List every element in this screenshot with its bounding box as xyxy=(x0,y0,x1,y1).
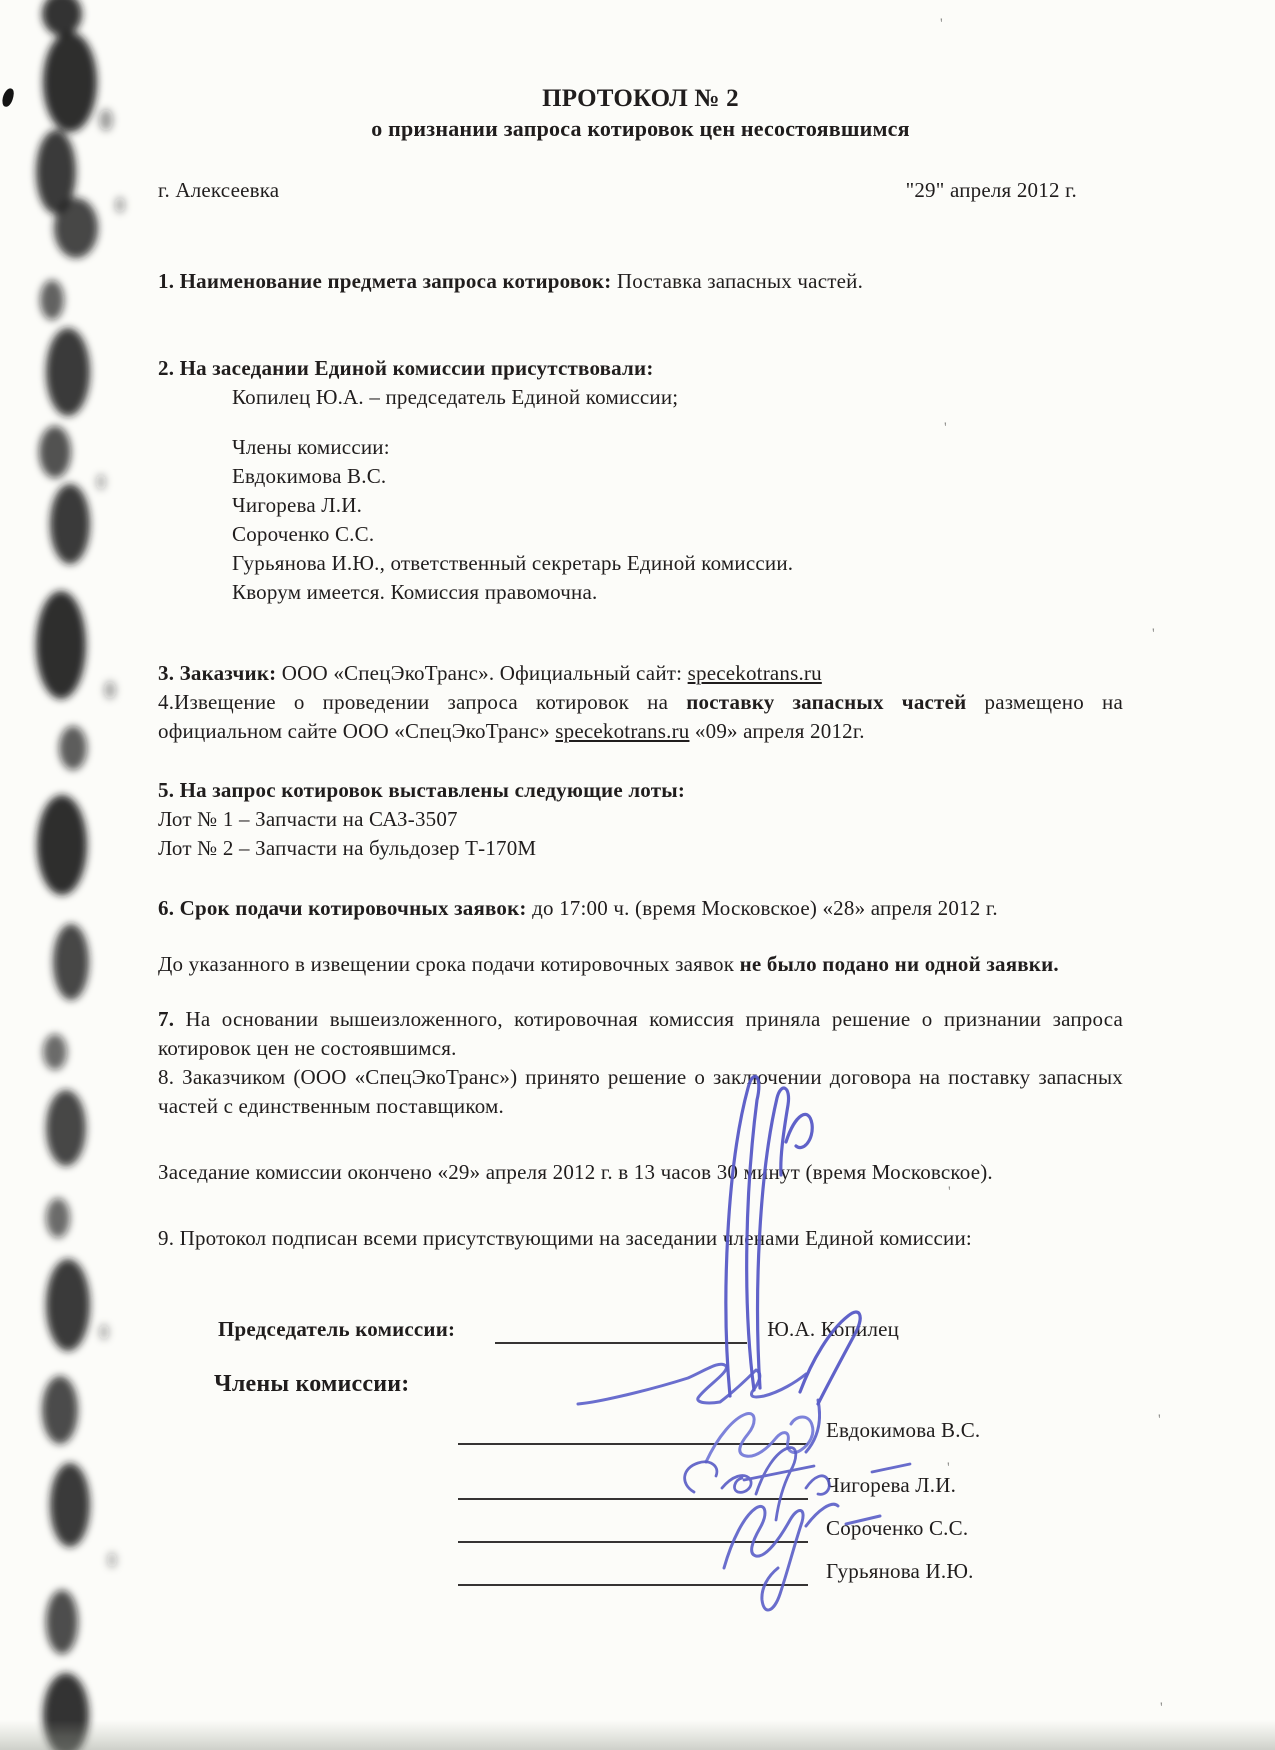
item6-label: 6. Срок подачи котировочных заявок: xyxy=(158,896,527,920)
member-name: Евдокимова В.С. xyxy=(826,1416,980,1445)
city-label: г. Алексеевка xyxy=(158,176,279,205)
date-label: "29" апреля 2012 г. xyxy=(906,176,1123,205)
member-signature-row: Сороченко С.С. xyxy=(458,1514,1123,1543)
scan-speck: ' xyxy=(1152,626,1155,643)
item2-label: 2. На заседании Единой комиссии присутст… xyxy=(158,354,1123,383)
item2-member: Чигорева Л.И. xyxy=(158,491,1123,520)
scan-edge-artifact xyxy=(0,0,150,1750)
item5-lot2: Лот № 2 – Запчасти на бульдозер Т-170М xyxy=(158,834,1123,863)
member-signature-line xyxy=(458,1560,808,1586)
no-bids-pre: До указанного в извещении срока подачи к… xyxy=(158,952,740,976)
item7-number: 7. xyxy=(158,1007,174,1031)
member-name: Сороченко С.С. xyxy=(826,1514,968,1543)
scan-speck: ' xyxy=(1158,1412,1161,1429)
member-name: Чигорева Л.И. xyxy=(826,1471,956,1500)
item6-text: до 17:00 ч. (время Московское) «28» апре… xyxy=(527,896,998,920)
no-bids-bold: не было подано ни одной заявки. xyxy=(740,952,1059,976)
item2-member: Евдокимова В.С. xyxy=(158,462,1123,491)
item1-label: 1. Наименование предмета запроса котиров… xyxy=(158,269,611,293)
item3-site-link: specekotrans.ru xyxy=(688,661,822,685)
member-name: Гурьянова И.Ю. xyxy=(826,1557,974,1586)
item4-pre: 4.Извещение о проведении запроса котиров… xyxy=(158,690,686,714)
item2-member: Сороченко С.С. xyxy=(158,520,1123,549)
item3-text: ООО «СпецЭкоТранс». Официальный сайт: xyxy=(276,661,687,685)
item2-chairman: Копилец Ю.А. – председатель Единой комис… xyxy=(158,383,1123,412)
scan-bottom-shadow xyxy=(0,1720,1275,1750)
chairman-signature-row: Председатель комиссии: Ю.А. Копилец xyxy=(218,1315,1123,1344)
members-signature-label: Члены комиссии: xyxy=(214,1370,1123,1399)
item7-text: На основании вышеизложенного, котировочн… xyxy=(158,1007,1123,1060)
member-signature-row: Евдокимова В.С. xyxy=(458,1416,1123,1445)
item8-paragraph: 8. Заказчиком (ООО «СпецЭкоТранс») приня… xyxy=(158,1063,1123,1121)
item4-site-link: specekotrans.ru xyxy=(555,719,689,743)
item5-paragraph: 5. На запрос котировок выставлены следую… xyxy=(158,776,1123,863)
item4-subject: поставку запасных частей xyxy=(686,690,966,714)
item1-text: Поставка запасных частей. xyxy=(611,269,863,293)
item1-paragraph: 1. Наименование предмета запроса котиров… xyxy=(158,267,1123,296)
item2-paragraph: 2. На заседании Единой комиссии присутст… xyxy=(158,354,1123,607)
item9-paragraph: 9. Протокол подписан всеми присутствующи… xyxy=(158,1224,1123,1253)
item4-post: «09» апреля 2012г. xyxy=(689,719,864,743)
chairman-signature-line xyxy=(495,1318,747,1344)
item4-paragraph: 4.Извещение о проведении запроса котиров… xyxy=(158,688,1123,746)
chairman-name: Ю.А. Копилец xyxy=(767,1315,899,1344)
item2-quorum: Кворум имеется. Комиссия правомочна. xyxy=(158,578,1123,607)
item7-paragraph: 7. На основании вышеизложенного, котиров… xyxy=(158,1005,1123,1063)
item2-member: Гурьянова И.Ю., ответственный секретарь … xyxy=(158,549,1123,578)
member-signature-row: Гурьянова И.Ю. xyxy=(458,1557,1123,1586)
item6-paragraph: 6. Срок подачи котировочных заявок: до 1… xyxy=(158,894,1123,923)
member-signature-line xyxy=(458,1517,808,1543)
item2-members-heading: Члены комиссии: xyxy=(158,433,1123,462)
chairman-label: Председатель комиссии: xyxy=(218,1315,455,1344)
document-title: ПРОТОКОЛ № 2 xyxy=(158,84,1123,114)
item3-paragraph: 3. Заказчик: ООО «СпецЭкоТранс». Официал… xyxy=(158,659,1123,688)
scan-ink-spot xyxy=(1,87,15,108)
member-signature-line xyxy=(458,1419,808,1445)
member-signature-line xyxy=(458,1474,808,1500)
member-signature-row: Чигорева Л.И. xyxy=(458,1471,1123,1500)
scan-speck: ' xyxy=(1160,1700,1163,1717)
document-body: ПРОТОКОЛ № 2 о признании запроса котиров… xyxy=(158,0,1123,1586)
closing-paragraph: Заседание комиссии окончено «29» апреля … xyxy=(158,1158,1123,1187)
item5-label: 5. На запрос котировок выставлены следую… xyxy=(158,776,1123,805)
city-date-row: г. Алексеевка "29" апреля 2012 г. xyxy=(158,176,1123,205)
item5-lot1: Лот № 1 – Запчасти на САЗ-3507 xyxy=(158,805,1123,834)
item3-label: 3. Заказчик: xyxy=(158,661,276,685)
document-subtitle: о признании запроса котировок цен несост… xyxy=(158,114,1123,144)
scanned-protocol-document: ' ' ' ' ' ' ' ПРОТОКОЛ № 2 о признании з… xyxy=(0,0,1275,1750)
no-bids-paragraph: До указанного в извещении срока подачи к… xyxy=(158,950,1123,979)
